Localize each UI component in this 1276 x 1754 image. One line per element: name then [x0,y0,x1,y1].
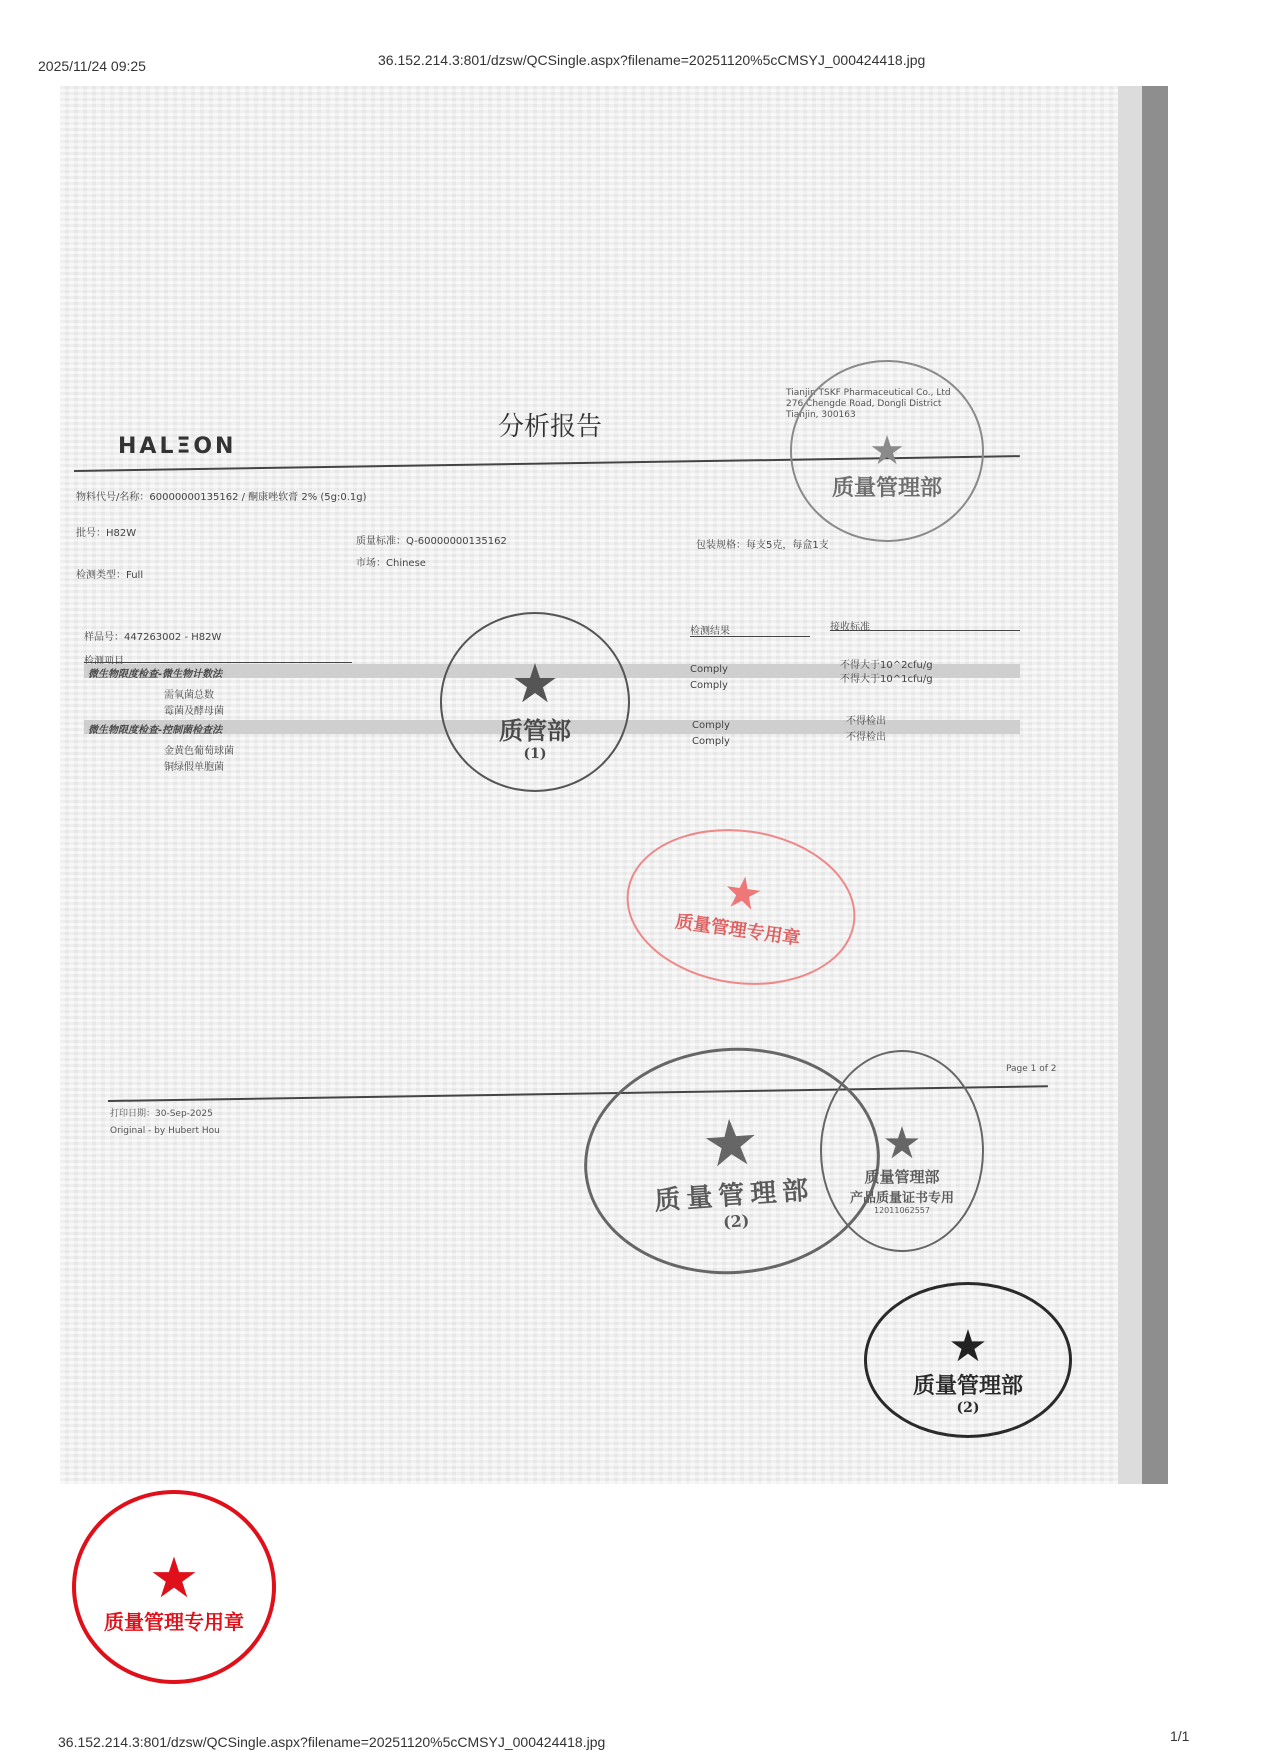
report-title: 分析报告 [498,406,602,443]
test-result: Comply [692,736,730,747]
stamp-text: 质量管理专用章 [104,1606,244,1635]
table-rule-2 [690,636,810,637]
scan-edge-dark [1142,86,1168,1484]
packaging-field: 包装规格：每支5克，每盒1支 [696,536,829,551]
star-icon: ★ [720,870,765,919]
test-result: Comply [690,680,728,691]
acceptance-criteria: 不得大于10^2cfu/g [840,656,933,671]
market-field: 市场：Chinese [356,554,426,569]
scan-edge-light [1118,86,1142,1484]
quality-standard-field: 质量标准：Q-60000000135162 [356,532,507,547]
acceptance-criteria: 不得检出 [846,712,886,727]
test-item: 铜绿假单胞菌 [164,758,224,773]
stamp-number: (1) [524,746,547,762]
stamp-text: 产品质量证书专用 [850,1187,954,1206]
tianjin-quality-stamp: ★ 质量管理部 [790,360,984,542]
column-header-result: 检测结果 [690,622,730,637]
suzhou-kangmin-stamp: ★ 质管部 (1) [440,612,630,792]
test-group-2: 微生物限度检查-控制菌检查法 [88,721,222,736]
stamp-text: 质量管理部 [832,471,942,502]
stamp-text: 质量管理部 [864,1166,939,1187]
acceptance-criteria: 不得检出 [846,728,886,743]
star-icon: ★ [149,1550,199,1606]
sample-number-field: 样品号：447263002 - H82W [84,628,221,643]
stamp-text: 质量管理部 [653,1169,815,1217]
star-icon: ★ [869,431,905,471]
star-icon: ★ [511,657,559,711]
stamp-code: 12011062557 [874,1206,930,1215]
original-by: Original - by Hubert Hou [110,1126,220,1136]
footer-page: 1/1 [1170,1728,1189,1744]
test-result: Comply [692,720,730,731]
batch-field: 批号：H82W [76,524,136,539]
changzhou-dark-stamp: ★ 质量管理部 (2) [864,1282,1072,1438]
suzhou-dongwu-stamp: ★ 质量管理专用章 [72,1490,276,1684]
stamp-text: 质管部 [499,711,571,746]
star-icon: ★ [700,1109,762,1177]
print-date: 打印日期：30-Sep-2025 [110,1106,213,1119]
test-type-field: 检测类型：Full [76,566,143,581]
stamp-number: (2) [722,1211,750,1232]
table-rule-3 [830,630,1020,631]
test-item: 霉菌及酵母菌 [164,702,224,717]
print-datetime: 2025/11/24 09:25 [38,58,146,74]
material-field: 物料代号/名称：60000000135162 / 酮康唑软膏 2% (5g:0.… [76,488,367,503]
tianjin-certificate-stamp: ★ 质量管理部 产品质量证书专用 12011062557 [820,1050,984,1252]
stamp-number: (2) [957,1400,980,1416]
print-url: 36.152.214.3:801/dzsw/QCSingle.aspx?file… [378,52,925,68]
test-item: 需氧菌总数 [164,686,214,701]
table-rule-1 [84,662,352,663]
test-result: Comply [690,664,728,675]
star-icon: ★ [948,1325,987,1369]
haleon-logo: HALΞON [118,434,236,459]
stamp-text: 质量管理部 [913,1369,1023,1400]
star-icon: ★ [882,1122,921,1166]
acceptance-criteria: 不得大于10^1cfu/g [840,670,933,685]
test-group-1: 微生物限度检查-微生物计数法 [88,665,222,680]
footer-url: 36.152.214.3:801/dzsw/QCSingle.aspx?file… [58,1734,605,1750]
report-page-number: Page 1 of 2 [1006,1064,1057,1074]
scanned-document [60,86,1140,1484]
test-item: 金黄色葡萄球菌 [164,742,234,757]
